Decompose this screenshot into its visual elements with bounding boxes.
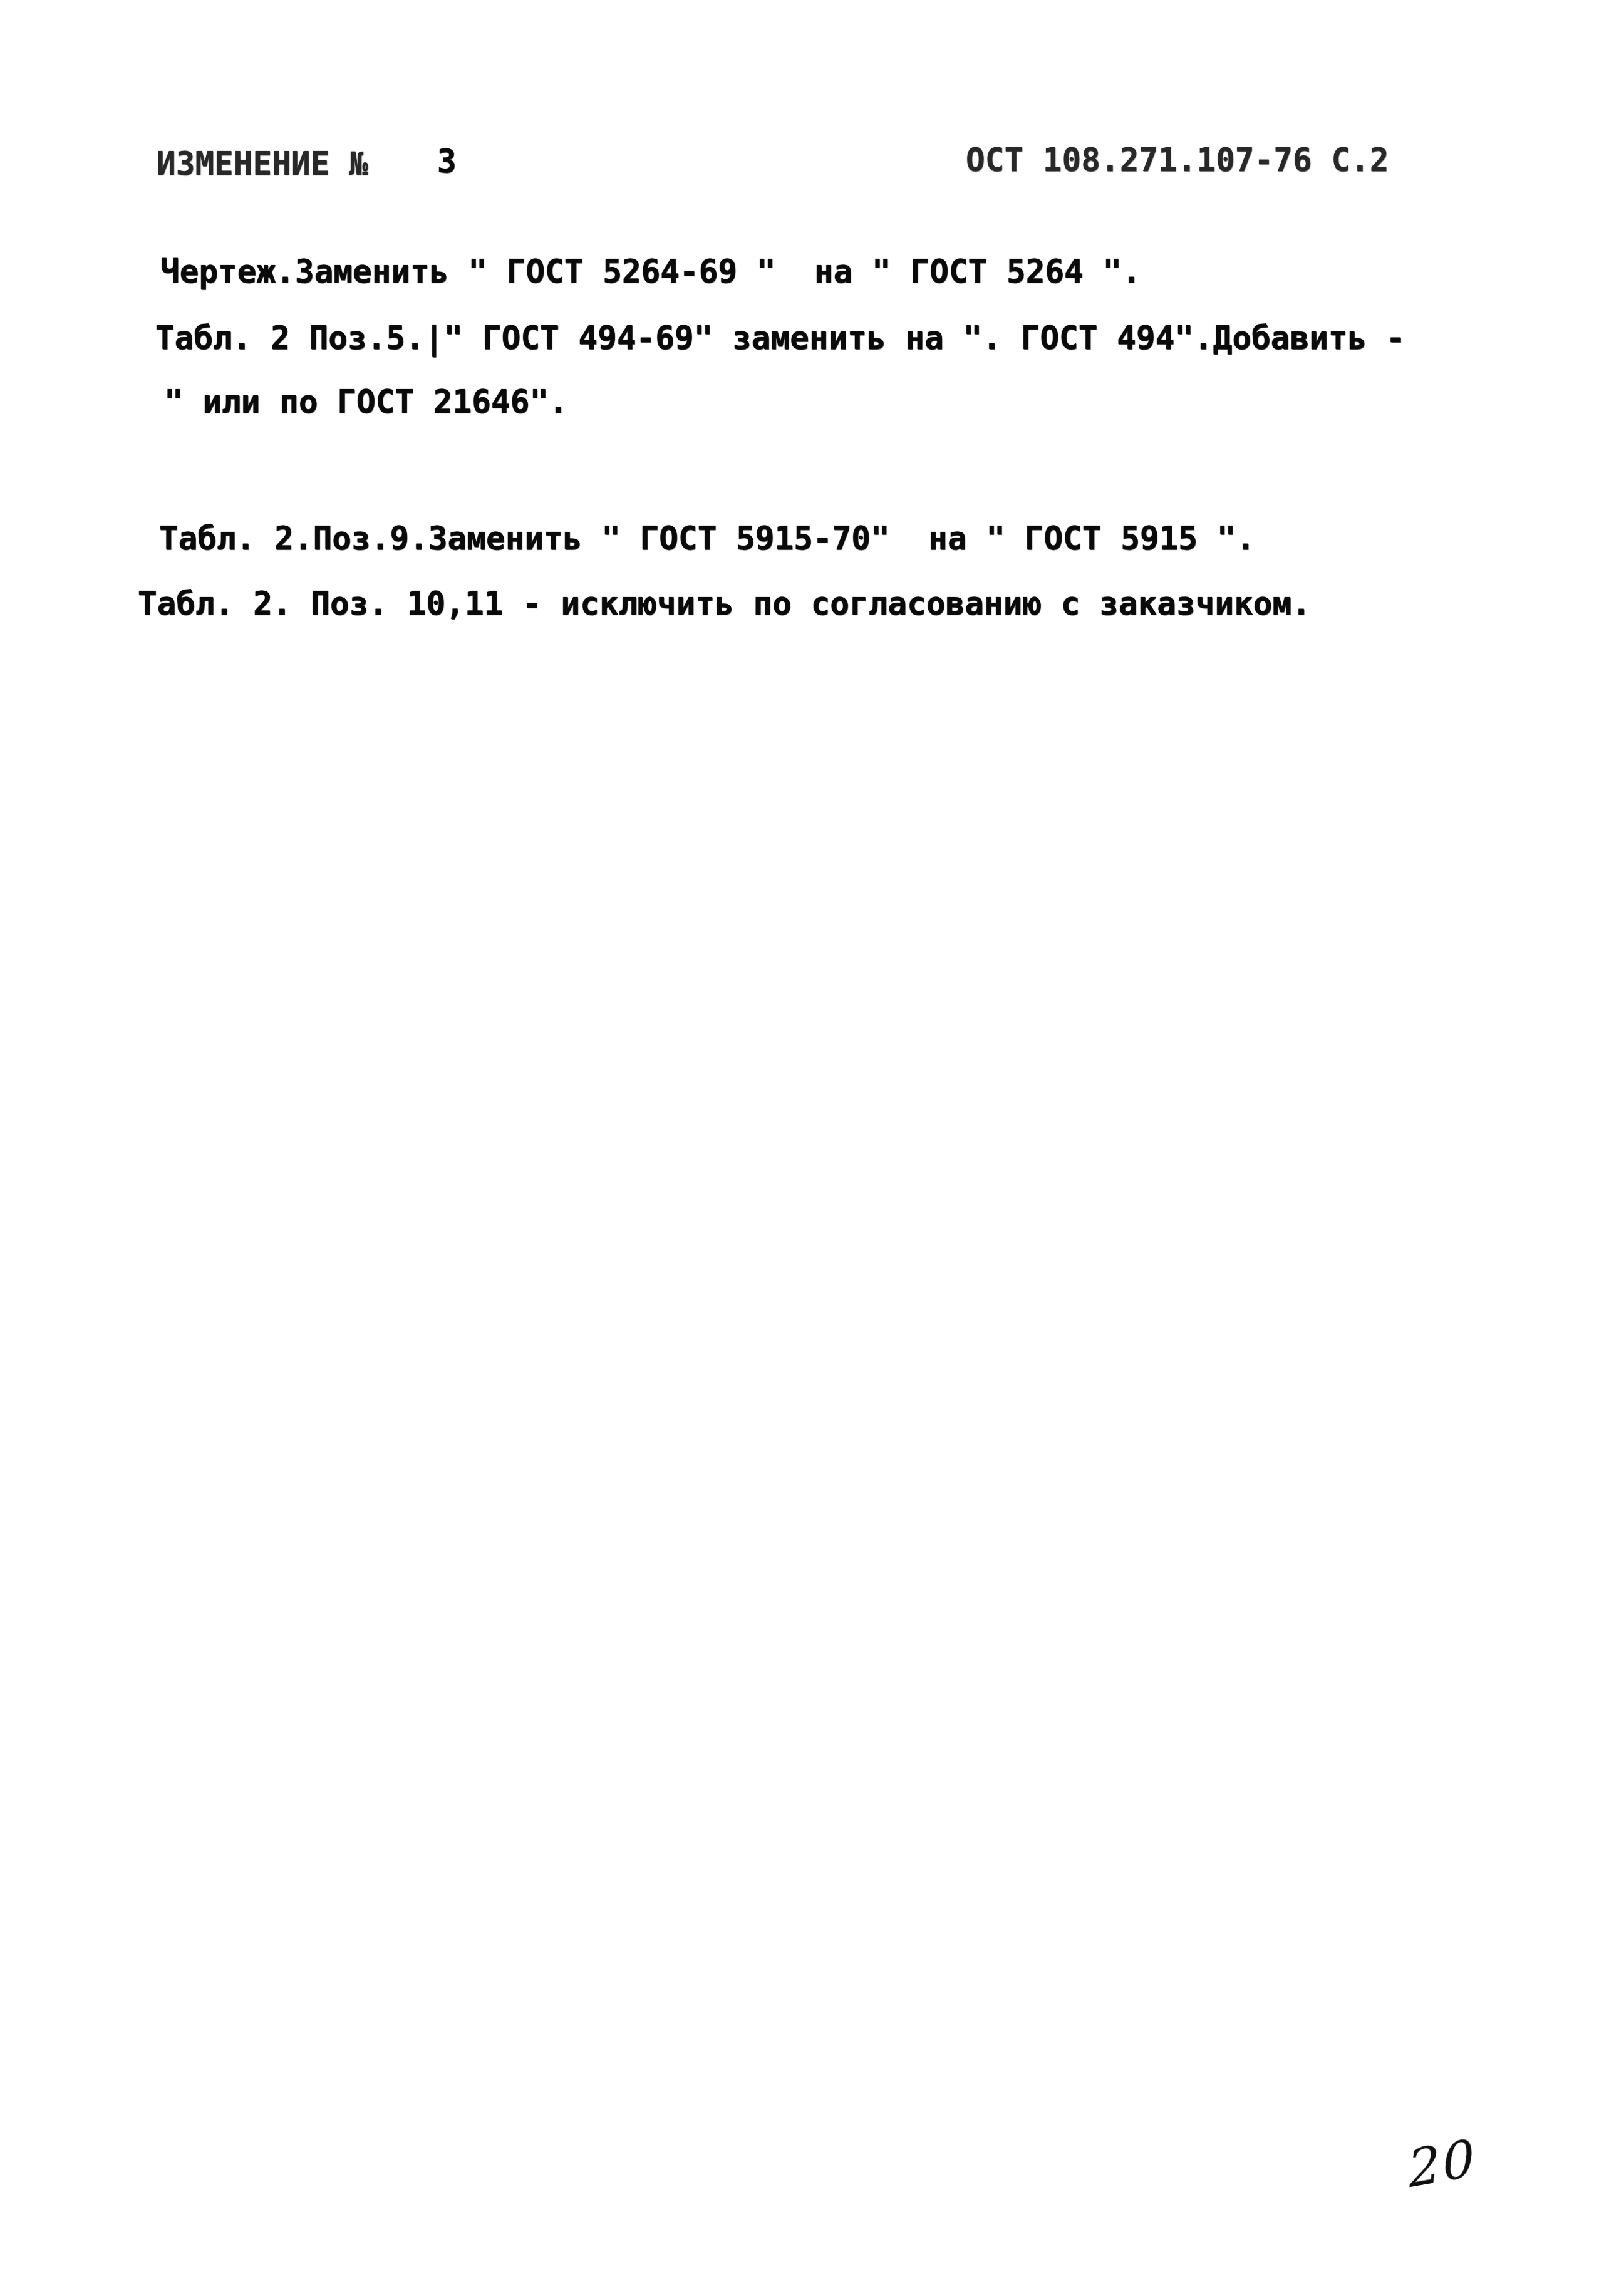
change-notice-number: 3	[437, 144, 457, 181]
body-line-table2-pos5-replacement: Табл. 2 Поз.5.|" ГОСТ 494-69" заменить н…	[155, 321, 1405, 358]
body-line-drawing-replacement: Чертеж.Заменить " ГОСТ 5264-69 " на " ГО…	[160, 254, 1141, 291]
body-line-table2-pos9-replacement: Табл. 2.Поз.9.Заменить " ГОСТ 5915-70" н…	[159, 521, 1255, 558]
change-notice-label: ИЗМЕНЕНИЕ №	[157, 147, 368, 184]
handwritten-page-number: 20	[1407, 2129, 1479, 2200]
document-code: ОСТ 108.271.107-76 С.2	[966, 143, 1389, 180]
body-line-table2-pos5-addition: " или по ГОСТ 21646".	[164, 385, 568, 422]
scanned-document-page: ИЗМЕНЕНИЕ № 3 ОСТ 108.271.107-76 С.2 Чер…	[0, 0, 1599, 2296]
body-line-table2-pos10-11-exclusion: Табл. 2. Поз. 10,11 - исключить по согла…	[138, 586, 1311, 623]
